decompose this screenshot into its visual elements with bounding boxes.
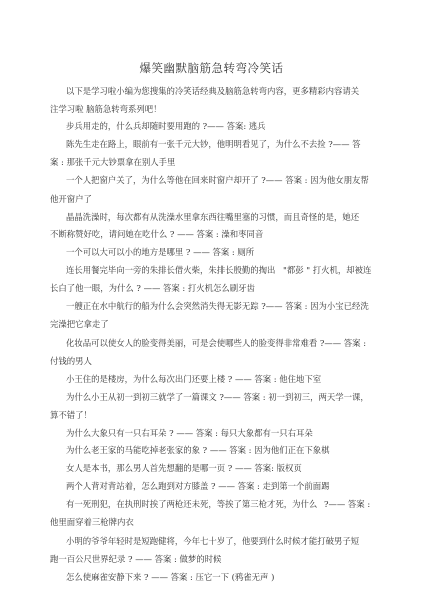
text-line: 步兵用走的，什么兵却随时要用跑的 ?—— 答案: 逃兵 bbox=[66, 121, 266, 132]
text-line: 案 : 那张千元大钞票拿在别人手里 bbox=[50, 157, 175, 168]
text-line: 连长用餐完毕向一旁的朱排长借火柴，朱排长殷勤的掏出 bbox=[66, 265, 275, 276]
text-line: 怎么使麻雀安静下来 ? —— 答案 : 压它一下 (鸦雀无声 ) bbox=[66, 572, 274, 583]
text-line: 付钱的男人 bbox=[50, 356, 92, 367]
text-line: 不断称赞好吃，请问她在吃什么 ? —— 答案 : 澡和枣同音 bbox=[50, 229, 263, 240]
text-line: 注学习啦 脑筋急转弯系列吧！ bbox=[50, 104, 162, 115]
text-line: 化妆品可以使女人的脸变得美丽，可是会使哪些人的脸变得非常难看 ?—— 答案 : bbox=[66, 338, 366, 349]
text-line: 晶晶洗澡时，每次都有从洗澡水里拿东西往嘴里塞的习惯，而且奇怪的是，她还 bbox=[66, 212, 359, 223]
text-line: 小王住的是楼房，为什么每次出门还要上楼 ? —— 答案 : 他住地下室 bbox=[66, 374, 321, 385]
text-line: 跑一百公尺世界纪录 ? —— 答案 : 做梦的时候 bbox=[50, 554, 221, 565]
text-line: 女人是本书，那么男人首先想翻的是哪一页 ? —— 答案: 版权页 bbox=[66, 463, 302, 474]
text-line: 两个人背对背站着，怎么跑到对方膝盖 ? —— 答案 : 走到第一个前面踢 bbox=[66, 481, 330, 492]
document-page: 爆笑幽默脑筋急转弯冷笑话 以下是学习啦小编为您搜集的冷笑话经典及脑筋急转弯内容，… bbox=[0, 0, 423, 600]
text-line: 以下是学习啦小编为您搜集的冷笑话经典及脑筋急转弯内容，更多精彩内容请关 bbox=[66, 86, 359, 97]
text-line: 为什么小王从初一到初三就学了一篇课文 ?—— 答案 : 初一到初三，两天学一课， bbox=[66, 392, 369, 403]
text-line: 为什么大象只有一只右耳朵 ? —— 答案 : 每只大象都有一只右耳朵 bbox=[66, 428, 313, 439]
text-line: 长白了他一眼，为什么 ? —— 答案 : 打火机怎么刷牙齿 bbox=[50, 283, 255, 294]
text-line: 算不错了！ bbox=[50, 410, 92, 421]
text-line: 有一死刑犯，在执刑时挨了两枪还未死，等挨了第三枪才死，为什么 bbox=[66, 499, 317, 510]
text-line: 一艘正在水中航行的船为什么会突然消失得无影无踪 ?—— 答案 : 因为小宝已经洗 bbox=[66, 301, 369, 312]
text-line: 为什么老王家的马能吃掉老张家的象 ? —— 答案 : 因为他们正在下象棋 bbox=[66, 445, 330, 456]
text-line: 一个人把窗户关了，为什么等他在回来时窗户却开了 ?—— 答案 : 因为他女朋友帮 bbox=[66, 175, 369, 186]
text-line: 小明的爷爷年轻时是短跑健将，今年七十岁了，他要到什么时候才能打破男子短 bbox=[66, 536, 359, 547]
text-line: 陈先生走在路上，眼前有一张千元大钞，他明明看见了，为什么不去捡 ?—— 答 bbox=[66, 139, 361, 150]
text-line: "都彭 " 打火机，却被连 bbox=[283, 265, 371, 276]
text-line: ?—— 答案 : bbox=[324, 499, 370, 510]
text-line: 他开窗户了 bbox=[50, 194, 92, 205]
text-line: 完澡把它拿走了 bbox=[50, 319, 109, 330]
text-line: 一个可以大可以小的地方是哪里 ? —— 答案 : 厕所 bbox=[66, 247, 254, 258]
text-line: 他里面穿着三枪牌内衣 bbox=[50, 517, 134, 528]
document-title: 爆笑幽默脑筋急转弯冷笑话 bbox=[0, 60, 423, 76]
